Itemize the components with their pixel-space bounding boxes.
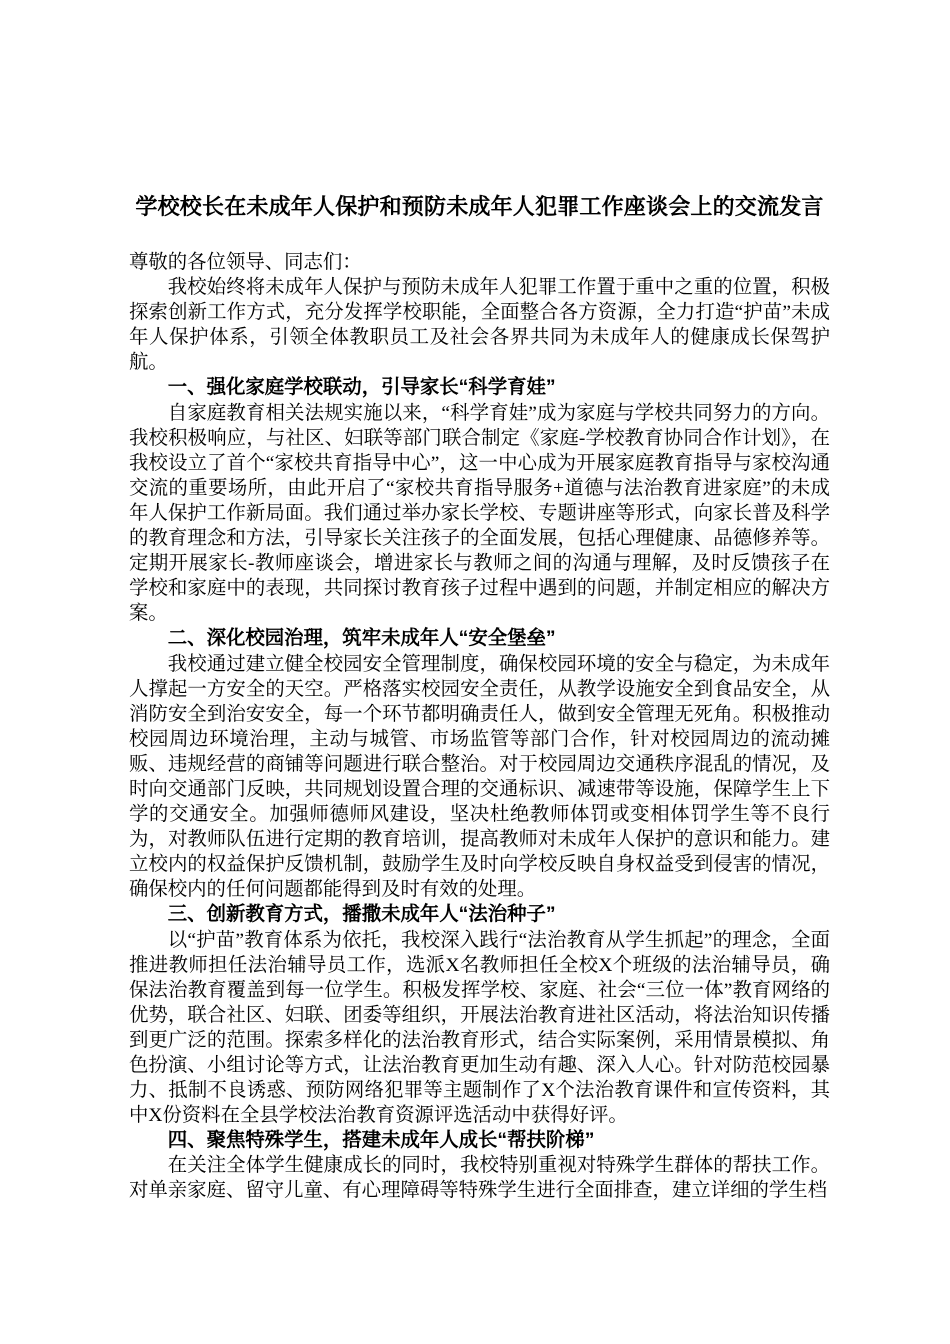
document-body: 学校校长在未成年人保护和预防未成年人犯罪工作座谈会上的交流发言 尊敬的各位领导、… bbox=[129, 192, 830, 1204]
body-paragraph: 我校始终将未成年人保护与预防未成年人犯罪工作置于重中之重的位置，积极探索创新工作… bbox=[129, 275, 830, 375]
section-heading: 一、强化家庭学校联动，引导家长“科学育娃” bbox=[129, 375, 830, 400]
document-title: 学校校长在未成年人保护和预防未成年人犯罪工作座谈会上的交流发言 bbox=[129, 192, 830, 222]
salutation: 尊敬的各位领导、同志们： bbox=[129, 250, 830, 275]
body-paragraph: 我校通过建立健全校园安全管理制度，确保校园环境的安全与稳定，为未成年人撑起一方安… bbox=[129, 652, 830, 903]
body-paragraph: 在关注全体学生健康成长的同时，我校特别重视对特殊学生群体的帮扶工作。对单亲家庭、… bbox=[129, 1153, 830, 1203]
section-heading: 三、创新教育方式，播撒未成年人“法治种子” bbox=[129, 902, 830, 927]
document-page: 学校校长在未成年人保护和预防未成年人犯罪工作座谈会上的交流发言 尊敬的各位领导、… bbox=[0, 0, 950, 1344]
section-heading: 二、深化校园治理，筑牢未成年人“安全堡垒” bbox=[129, 626, 830, 651]
body-paragraph: 以“护苗”教育体系为依托，我校深入践行“法治教育从学生抓起”的理念，全面推进教师… bbox=[129, 928, 830, 1129]
body-paragraph: 自家庭教育相关法规实施以来，“科学育娃”成为家庭与学校共同努力的方向。我校积极响… bbox=[129, 401, 830, 627]
paragraph-container: 尊敬的各位领导、同志们：我校始终将未成年人保护与预防未成年人犯罪工作置于重中之重… bbox=[129, 250, 830, 1204]
section-heading: 四、聚焦特殊学生，搭建未成年人成长“帮扶阶梯” bbox=[129, 1128, 830, 1153]
